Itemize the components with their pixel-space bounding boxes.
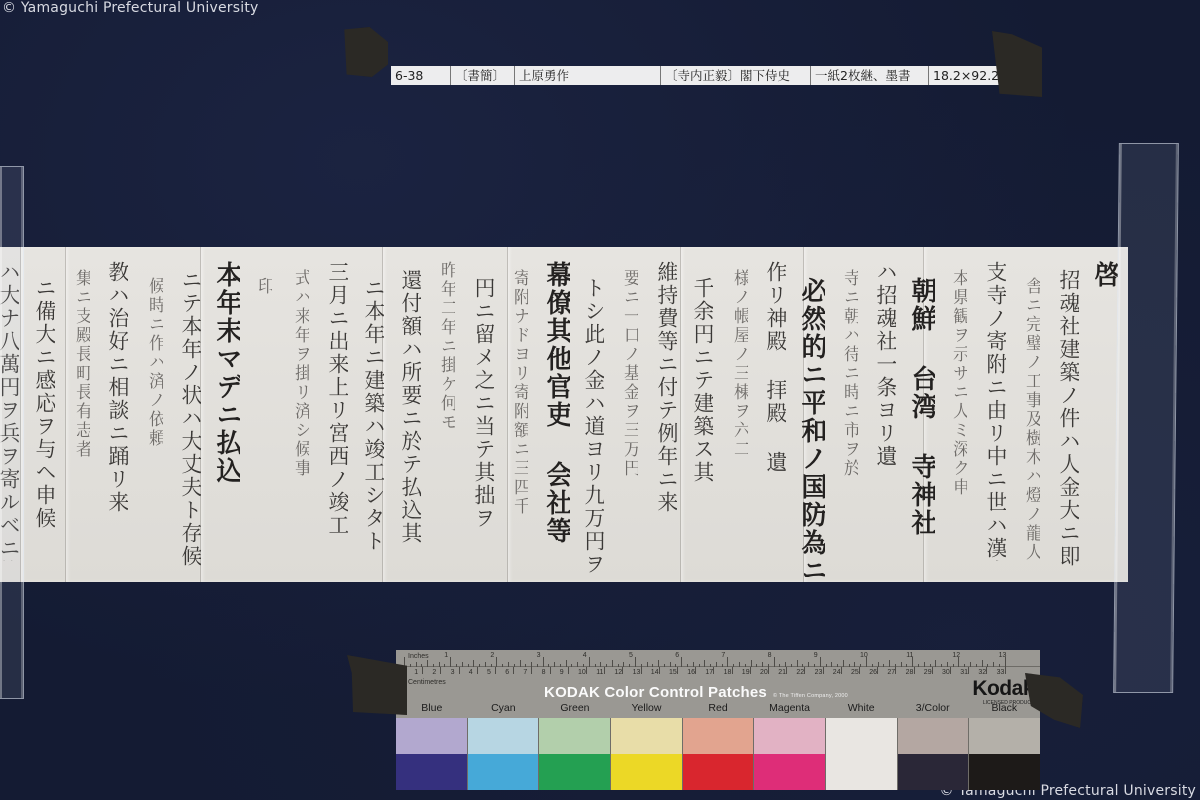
inch-tick-label: 6 [675, 652, 679, 659]
color-patch-light [611, 718, 682, 754]
cm-tick-label: 17 [705, 669, 713, 676]
tape-piece [992, 31, 1042, 97]
inch-tick-label: 3 [537, 652, 541, 659]
ruler-tick [843, 660, 844, 667]
ruler-tick [877, 667, 878, 674]
color-patch-column [825, 718, 897, 790]
ruler-tick [473, 660, 474, 667]
color-patch-column [467, 718, 539, 790]
catalog-sender: 上原勇作 [515, 66, 661, 85]
inch-tick-label: 1 [444, 652, 448, 659]
ruler-tick [450, 657, 451, 667]
inch-tick-label: 7 [721, 652, 725, 659]
letter-column: 昨年二年ニ掛ケ何モ [438, 261, 455, 432]
ruler: Inches 12345678910111213 Centimetres 123… [396, 650, 1040, 686]
ruler-tick [750, 667, 751, 674]
ruler-tick [935, 660, 936, 667]
letter-column: ニテ本年ノ状ハ大丈夫ト存候 [180, 269, 201, 568]
ruler-tick [914, 667, 915, 674]
ruler-tick [520, 660, 521, 667]
ruler-tick [732, 667, 733, 674]
ruler-tick [495, 667, 496, 674]
ruler-tick [950, 667, 951, 674]
color-patch-dark [826, 754, 897, 790]
catalog-format: 一紙2枚継、墨書 [811, 66, 929, 85]
ruler-tick [622, 667, 623, 674]
cm-tick-label: 15 [669, 669, 677, 676]
letter-column: 千余円ニテ建築ス其 [692, 277, 713, 484]
copyright-watermark-top: © Yamaguchi Prefectural University [2, 0, 259, 16]
ruler-tick [641, 667, 642, 674]
tape-piece [342, 27, 388, 77]
patch-label-yellow: Yellow [611, 702, 683, 714]
color-patch-column [753, 718, 825, 790]
cm-tick-label: 22 [796, 669, 804, 676]
letter-column: 啓 [1092, 261, 1118, 289]
patch-label-magenta: Magenta [754, 702, 826, 714]
ruler-tick [531, 667, 532, 674]
ruler-tick [774, 657, 775, 667]
ruler-tick [968, 667, 969, 674]
cm-tick-label: 26 [869, 669, 877, 676]
letter-column: 寄附ナドヨリ寄附額ニ三四千 [511, 269, 528, 516]
ruler-tick [550, 667, 551, 674]
color-patch-dark [683, 754, 754, 790]
ruler-tick [751, 660, 752, 667]
inch-tick-label: 10 [860, 652, 868, 659]
acrylic-weight-right [1113, 143, 1179, 693]
cm-tick-label: 32 [978, 669, 986, 676]
color-patch-column [682, 718, 754, 790]
cm-tick-label: 21 [778, 669, 786, 676]
letter-column: 本年末マデニ払込 [214, 261, 240, 485]
patch-label-cyan: Cyan [468, 702, 540, 714]
letter-column: ニ備大ニ感応ヲ与ヘ申候 [34, 277, 55, 530]
cm-tick-label: 1 [414, 669, 418, 676]
color-patches [396, 718, 1040, 790]
ruler-tick [889, 660, 890, 667]
cm-tick-label: 18 [724, 669, 732, 676]
ruler-tick [804, 667, 805, 674]
ruler-tick [658, 660, 659, 667]
inch-tick-label: 8 [768, 652, 772, 659]
cm-tick-label: 8 [542, 669, 546, 676]
cm-tick-label: 20 [760, 669, 768, 676]
color-patch-light [826, 718, 897, 754]
cm-tick-label: 23 [815, 669, 823, 676]
cm-tick-label: 14 [651, 669, 659, 676]
ruler-tick [932, 667, 933, 674]
ruler-tick [635, 657, 636, 667]
cm-tick-label: 19 [742, 669, 750, 676]
chart-copyright: © The Tiffen Company, 2000 [773, 693, 848, 699]
patch-labels: BlueCyanGreenYellowRedMagentaWhite3/Colo… [396, 702, 1040, 714]
color-patch-light [468, 718, 539, 754]
color-patch-light [969, 718, 1040, 754]
ruler-tick [727, 657, 728, 667]
cm-tick-label: 27 [887, 669, 895, 676]
ruler-tick [427, 660, 428, 667]
color-patch-light [396, 718, 467, 754]
ruler-tick [859, 667, 860, 674]
inch-tick-label: 13 [999, 652, 1007, 659]
ruler-tick [820, 657, 821, 667]
ruler-tick [986, 667, 987, 674]
inch-tick-label: 11 [906, 652, 913, 659]
letter-column: 候時ニ作ハ済ノ依頼 [146, 277, 163, 448]
ruler-tick [982, 660, 983, 667]
color-patch-column [610, 718, 682, 790]
kodak-logo: Kodak [972, 677, 1034, 701]
color-patch-column [968, 718, 1040, 790]
ruler-tick [1005, 667, 1006, 674]
cm-tick-label: 29 [924, 669, 932, 676]
color-patch-dark [539, 754, 610, 790]
cm-tick-label: 6 [505, 669, 509, 676]
ruler-tick [513, 667, 514, 674]
catalog-label: 6-38 〔書簡〕 上原勇作 〔寺内正毅〕閣下侍史 一紙2枚継、墨書 18.2×… [391, 66, 1021, 85]
letter-column: 様ノ帳屋ノ三棟ヲ六二 [731, 269, 748, 459]
letter-column: 招魂社建築ノ件ハ人金大ニ即リ [1058, 269, 1079, 569]
ruler-tick [440, 667, 441, 674]
letter-column: 必然的ニ平和ノ国防為ニ附 [799, 277, 825, 577]
patch-label-black: Black [969, 702, 1041, 714]
ruler-tick [477, 667, 478, 674]
cm-tick-label: 31 [960, 669, 968, 676]
ruler-tick [681, 657, 682, 667]
ruler-tick [586, 667, 587, 674]
color-patch-light [754, 718, 825, 754]
ruler-tick [612, 660, 613, 667]
ruler-tick [713, 667, 714, 674]
patch-label-red: Red [682, 702, 754, 714]
color-patch-column [396, 718, 467, 790]
acrylic-weight-left [0, 166, 24, 699]
color-patch-dark [898, 754, 969, 790]
letter-column: 円ニ留メ之ニ当テ其拙ヲ [473, 277, 494, 530]
ruler-tick [768, 667, 769, 674]
ruler-tick [659, 667, 660, 674]
catalog-type: 〔書簡〕 [451, 66, 515, 85]
ruler-tick [823, 667, 824, 674]
ruler-tick [543, 657, 544, 667]
letter-column: 朝鮮 台湾 寺神社 [909, 277, 935, 537]
letter-column: 幕僚其他官吏 会社等 [544, 261, 570, 545]
inch-tick-label: 12 [952, 652, 960, 659]
letter-column: 維持費等ニ付テ例年ニ来 [656, 261, 677, 514]
cm-tick-label: 16 [687, 669, 695, 676]
cm-tick-label: 25 [851, 669, 859, 676]
letter-column: 本県観ヲ示サニ人ミ深ク申 [950, 269, 967, 497]
letter-column: 式ハ来年ヲ掛リ済シ候事 [292, 269, 309, 478]
cm-tick-label: 28 [906, 669, 914, 676]
cm-tick-label: 11 [596, 669, 603, 676]
color-patch-column [538, 718, 610, 790]
ruler-tick [797, 660, 798, 667]
color-patch-light [898, 718, 969, 754]
inch-scale: Inches 12345678910111213 [396, 650, 1040, 667]
letter-column: 還付額ハ所要ニ於テ払込其 [400, 269, 421, 545]
patch-label-green: Green [539, 702, 611, 714]
cm-tick-label: 4 [469, 669, 473, 676]
letter-column: 集ニ支殿長町長有志者 [73, 269, 90, 459]
color-patch-light [539, 718, 610, 754]
cm-tick-label: 10 [578, 669, 586, 676]
ruler-tick [459, 667, 460, 674]
letter-column: 要ニ一口ノ基金ヲ三万円 [621, 269, 638, 478]
letter-column: 寺ニ朝ハ待ニ時ニ市ヲ於 [841, 269, 858, 478]
ruler-tick [496, 657, 497, 667]
letter-column: 舎ニ完璧ノ工事及樹木ハ燈ノ龍人 [1023, 277, 1040, 562]
ruler-tick [895, 667, 896, 674]
cm-tick-label: 30 [942, 669, 950, 676]
kodak-color-chart: Inches 12345678910111213 Centimetres 123… [396, 650, 1040, 790]
cm-tick-label: 2 [432, 669, 436, 676]
color-patch-dark [754, 754, 825, 790]
ruler-tick [695, 667, 696, 674]
ruler-tick [422, 667, 423, 674]
letter-column: ニ本年ニ建築ハ竣工シタト [363, 277, 384, 553]
ruler-tick [704, 660, 705, 667]
cm-tick-label: 7 [523, 669, 527, 676]
chart-title: KODAK Color Control Patches© The Tiffen … [396, 684, 996, 701]
color-patch-dark [611, 754, 682, 790]
color-patch-column [897, 718, 969, 790]
cm-tick-label: 33 [997, 669, 1005, 676]
cm-tick-label: 12 [614, 669, 622, 676]
letter-scroll: 啓招魂社建築ノ件ハ人金大ニ即リ舎ニ完璧ノ工事及樹木ハ燈ノ龍人支寺ノ寄附ニ由リ中ニ… [0, 247, 1128, 582]
color-patch-dark [396, 754, 467, 790]
ruler-tick [604, 667, 605, 674]
cm-tick-label: 9 [560, 669, 564, 676]
ruler-tick [589, 657, 590, 667]
ruler-tick [677, 667, 678, 674]
inch-tick-label: 5 [629, 652, 633, 659]
ruler-tick [568, 667, 569, 674]
letter-column: 支寺ノ寄附ニ由リ中ニ世ハ漢書 [985, 261, 1006, 561]
ruler-tick [566, 660, 567, 667]
color-patch-dark [468, 754, 539, 790]
letter-column: トシ此ノ金ハ道ヨリ九万円ヲ [583, 277, 604, 576]
letter-column: 三月ニ出来上リ宮西ノ竣工 [327, 261, 348, 537]
letter-column: ハ招魂社一条ヨリ遺 [875, 261, 896, 468]
ruler-tick [841, 667, 842, 674]
patch-label-3-color: 3/Color [897, 702, 969, 714]
inch-tick-label: 4 [583, 652, 587, 659]
letter-column: 教ハ治好ニ相談ニ踊リ来 [107, 261, 128, 514]
catalog-id: 6-38 [391, 66, 451, 85]
letter-column: 作リ神殿 拝殿 遺 [765, 261, 786, 474]
patch-label-white: White [825, 702, 897, 714]
color-patch-dark [969, 754, 1040, 790]
ruler-tick [786, 667, 787, 674]
catalog-recipient: 〔寺内正毅〕閣下侍史 [661, 66, 811, 85]
inches-label: Inches [408, 653, 429, 660]
color-patch-light [683, 718, 754, 754]
cm-tick-label: 3 [451, 669, 455, 676]
letter-column: 印 [255, 277, 272, 296]
cm-tick-label: 24 [833, 669, 841, 676]
inch-tick-label: 9 [814, 652, 818, 659]
inch-tick-label: 2 [490, 652, 494, 659]
cm-tick-label: 5 [487, 669, 491, 676]
cm-tick-label: 13 [633, 669, 641, 676]
